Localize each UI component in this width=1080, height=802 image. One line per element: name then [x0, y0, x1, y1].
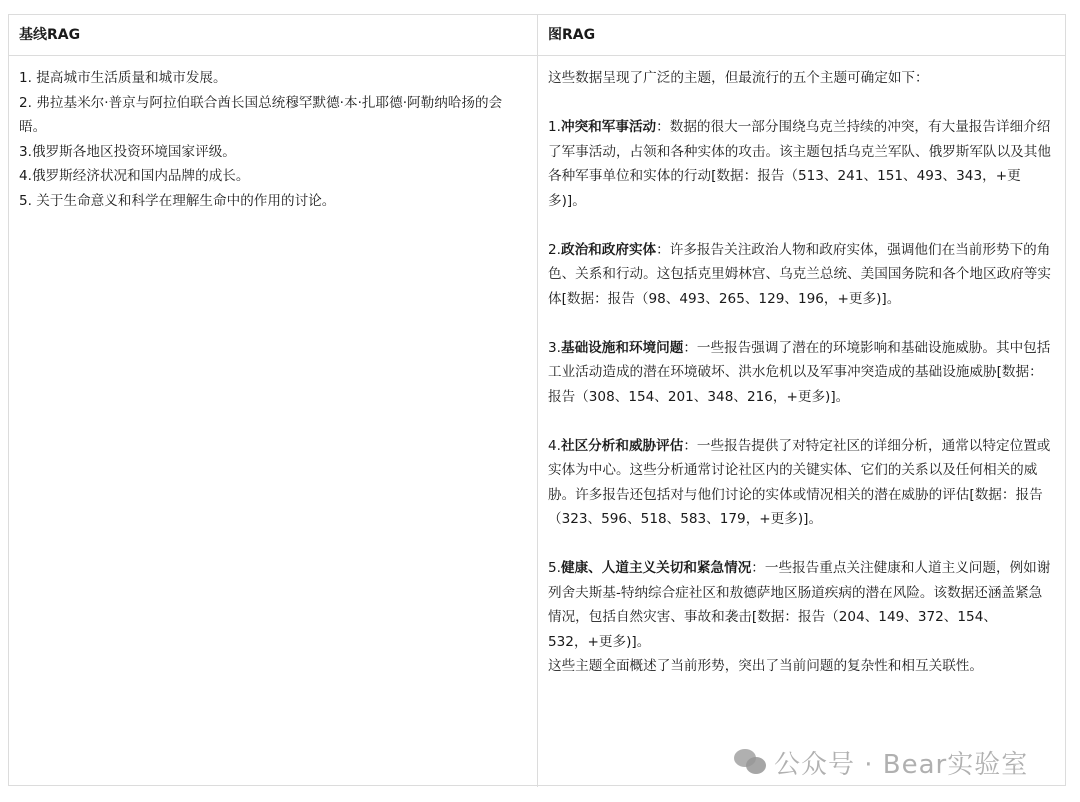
baseline-item-5: 5. 关于生命意义和科学在理解生命中的作用的讨论。: [19, 189, 527, 214]
theme-5-title: 健康、人道主义关切和紧急情况: [561, 560, 751, 576]
theme-2-title: 政治和政府实体: [561, 242, 656, 258]
theme-4: 4.社区分析和威胁评估：一些报告提供了对特定社区的详细分析，通常以特定位置或实体…: [548, 434, 1051, 532]
theme-5: 5.健康、人道主义关切和紧急情况：一些报告重点关注健康和人道主义问题，例如谢列舍…: [548, 556, 1051, 654]
theme-5-num: 5.: [548, 560, 561, 576]
table-body-row: 1. 提高城市生活质量和城市发展。 2. 弗拉基米尔·普京与阿拉伯联合酋长国总统…: [9, 56, 1065, 787]
theme-3-title: 基础设施和环境问题: [561, 340, 683, 356]
baseline-rag-cell: 1. 提高城市生活质量和城市发展。 2. 弗拉基米尔·普京与阿拉伯联合酋长国总统…: [9, 56, 538, 787]
theme-1-num: 1.: [548, 119, 561, 135]
table-header-row: 基线RAG 图RAG: [9, 15, 1065, 56]
baseline-item-3: 3.俄罗斯各地区投资环境国家评级。: [19, 140, 527, 165]
baseline-item-1: 1. 提高城市生活质量和城市发展。: [19, 66, 527, 91]
theme-1-title: 冲突和军事活动: [561, 119, 656, 135]
header-graph-rag: 图RAG: [538, 15, 1065, 55]
graph-rag-intro: 这些数据呈现了广泛的主题，但最流行的五个主题可确定如下：: [548, 66, 1051, 91]
baseline-item-4: 4.俄罗斯经济状况和国内品牌的成长。: [19, 164, 527, 189]
comparison-table: 基线RAG 图RAG 1. 提高城市生活质量和城市发展。 2. 弗拉基米尔·普京…: [8, 14, 1066, 786]
graph-rag-cell: 这些数据呈现了广泛的主题，但最流行的五个主题可确定如下： 1.冲突和军事活动：数…: [538, 56, 1065, 787]
theme-4-title: 社区分析和威胁评估: [561, 438, 683, 454]
theme-2-num: 2.: [548, 242, 561, 258]
graph-rag-conclusion: 这些主题全面概述了当前形势，突出了当前问题的复杂性和相互关联性。: [548, 654, 1051, 679]
theme-2: 2.政治和政府实体：许多报告关注政治人物和政府实体，强调他们在当前形势下的角色、…: [548, 238, 1051, 312]
header-baseline-rag: 基线RAG: [9, 15, 538, 55]
theme-3: 3.基础设施和环境问题：一些报告强调了潜在的环境影响和基础设施威胁。其中包括工业…: [548, 336, 1051, 410]
baseline-item-2: 2. 弗拉基米尔·普京与阿拉伯联合酋长国总统穆罕默德·本·扎耶德·阿勒纳哈扬的会…: [19, 91, 527, 140]
theme-3-num: 3.: [548, 340, 561, 356]
theme-1: 1.冲突和军事活动：数据的很大一部分围绕乌克兰持续的冲突，有大量报告详细介绍了军…: [548, 115, 1051, 213]
theme-4-num: 4.: [548, 438, 561, 454]
